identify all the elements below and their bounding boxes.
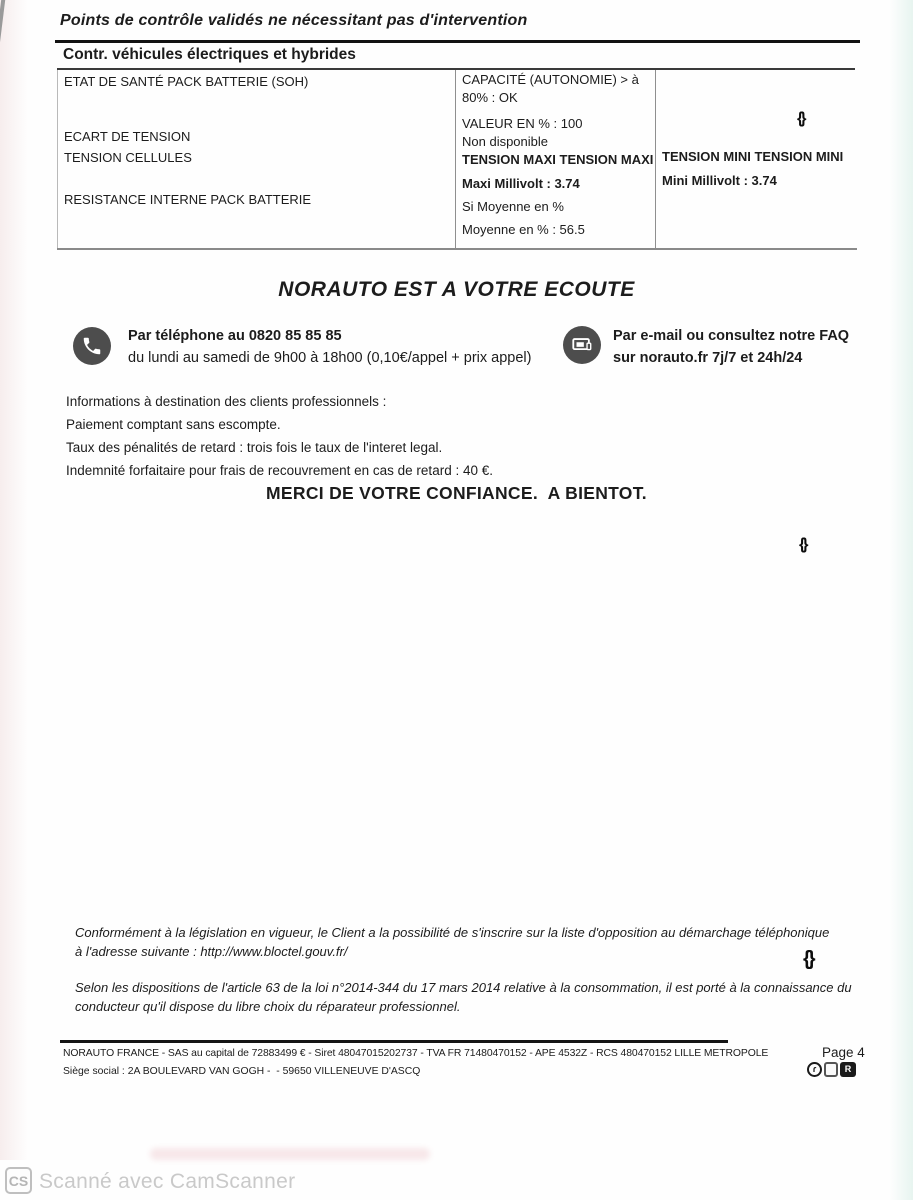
contact-heading: NORAUTO EST A VOTRE ECOUTE: [0, 278, 913, 302]
legal-bloctel-line-1: Conformément à la législation en vigueur…: [75, 925, 829, 940]
legal-article63-line-1: Selon les dispositions de l'article 63 d…: [75, 980, 852, 995]
phone-hours-line: du lundi au samedi de 9h00 à 18h00 (0,10…: [128, 350, 531, 366]
legal-bloctel-line-2: à l'adresse suivante : http://www.blocte…: [75, 944, 348, 959]
row-label-soh: ETAT DE SANTÉ PACK BATTERIE (SOH): [64, 74, 308, 89]
phone-icon: [73, 327, 111, 365]
value-mini-millivolt: Mini Millivolt : 3.74: [662, 173, 777, 188]
pro-info-line-1: Informations à destination des clients p…: [66, 394, 386, 409]
camscanner-watermark: Scanné avec CamScanner: [39, 1170, 295, 1194]
value-capacite-line1: CAPACITÉ (AUTONOMIE) > à: [462, 72, 639, 87]
page-number: Page 4: [822, 1045, 865, 1060]
value-capacite-line2: 80% : OK: [462, 90, 518, 105]
row-label-tension-cellules: TENSION CELLULES: [64, 150, 192, 165]
value-non-disponible: Non disponible: [462, 134, 548, 149]
pro-info-line-3: Taux des pénalités de retard : trois foi…: [66, 440, 442, 455]
recycle-logo-icon: ɾ: [807, 1062, 822, 1077]
row-label-ecart-tension: ECART DE TENSION: [64, 129, 190, 144]
section-divider: [57, 68, 855, 70]
title-divider: [55, 40, 860, 43]
table-column-divider-2: [655, 70, 656, 248]
email-site-line: sur norauto.fr 7j/7 et 24h/24: [613, 350, 802, 366]
value-si-moyenne: Si Moyenne en %: [462, 199, 564, 214]
header-tension-mini: TENSION MINI TENSION MINI: [662, 149, 843, 164]
legal-article63-line-2: conducteur qu'il dispose du libre choix …: [75, 999, 461, 1014]
scan-smudge-artifact: [150, 1148, 430, 1160]
pro-info-line-2: Paiement comptant sans escompte.: [66, 417, 281, 432]
scan-tint-right: [889, 0, 913, 1200]
row-label-resistance: RESISTANCE INTERNE PACK BATTERIE: [64, 192, 311, 207]
footer-divider: [60, 1040, 728, 1043]
scan-tint-left: [0, 0, 28, 1160]
scanned-document-page: Points de contrôle validés ne nécessitan…: [0, 0, 913, 1200]
footer-company-line: NORAUTO FRANCE - SAS au capital de 72883…: [63, 1048, 768, 1059]
section-header: Contr. véhicules électriques et hybrides: [63, 46, 356, 64]
page-title: Points de contrôle validés ne nécessitan…: [60, 12, 527, 30]
scan-artifact-glyph: {}: [803, 948, 813, 971]
print-logo-icon: [824, 1062, 838, 1077]
value-maxi-millivolt: Maxi Millivolt : 3.74: [462, 176, 580, 191]
scan-artifact-glyph: {}: [797, 110, 803, 128]
camscanner-logo-icon: CS: [5, 1167, 32, 1194]
header-tension-maxi: TENSION MAXI TENSION MAXI: [462, 152, 653, 167]
stamp-logo-icon: R: [840, 1062, 856, 1077]
table-column-divider-1: [455, 70, 456, 248]
email-icon: [563, 326, 601, 364]
phone-number-line: Par téléphone au 0820 85 85 85: [128, 328, 342, 344]
scan-artifact-glyph: {}: [799, 536, 805, 554]
pro-info-line-4: Indemnité forfaitaire pour frais de reco…: [66, 463, 493, 478]
footer-logo-artifacts: ɾ R: [807, 1062, 856, 1077]
footer-address-line: Siège social : 2A BOULEVARD VAN GOGH - -…: [63, 1066, 420, 1077]
email-faq-line: Par e-mail ou consultez notre FAQ: [613, 328, 849, 344]
thanks-message: MERCI DE VOTRE CONFIANCE. A BIENTOT.: [0, 483, 913, 504]
value-valeur-en-pct: VALEUR EN % : 100: [462, 116, 582, 131]
value-moyenne-en-pct: Moyenne en % : 56.5: [462, 222, 585, 237]
table-bottom-border: [57, 248, 857, 250]
table-left-border: [57, 70, 58, 250]
